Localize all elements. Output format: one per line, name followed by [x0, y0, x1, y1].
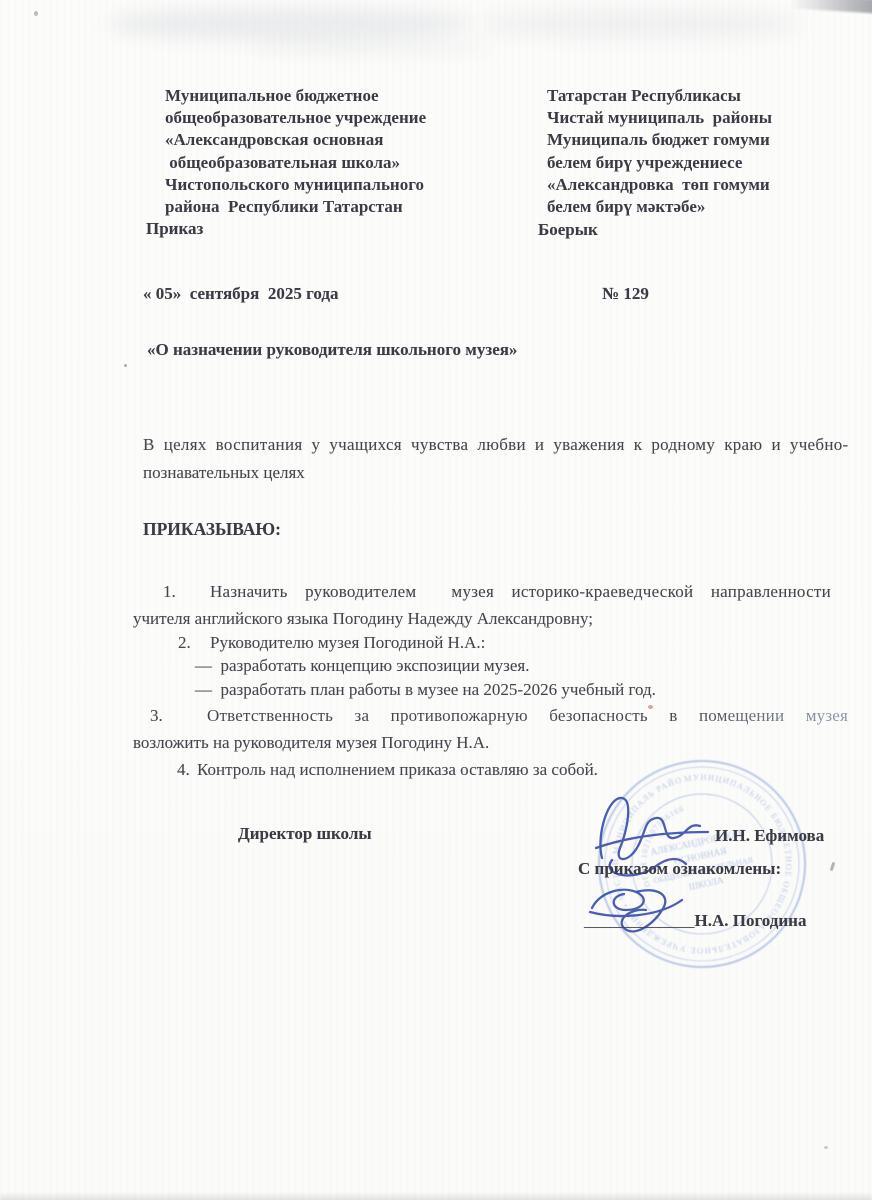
- item-text: Ответственность за противопожарную безоп…: [207, 705, 848, 727]
- bleedthrough-ghost: [480, 10, 800, 38]
- item-text-continuation: возложить на руководителя музея Погодину…: [133, 732, 489, 754]
- org-line: белем бирү учреждениесе: [547, 152, 772, 174]
- scanned-order-document: Муниципальное бюджетное общеобразователь…: [0, 0, 872, 1200]
- date-line: « 05» сентября 2025 года: [143, 283, 338, 305]
- doc-type-tatar: Боерык: [538, 219, 598, 241]
- director-name: И.Н. Ефимова: [715, 825, 824, 847]
- acknowledgement-line: _____________Н.А. Погодина: [567, 888, 806, 954]
- org-line: «Александровская основная: [165, 129, 426, 151]
- item-text: Руководителю музея Погодиной Н.А.:: [210, 632, 485, 654]
- item-number: 2.: [178, 632, 191, 654]
- director-label: Директор школы: [238, 823, 372, 845]
- org-name-russian: Муниципальное бюджетное общеобразователь…: [165, 85, 426, 218]
- preamble-line: В целях воспитания у учащихся чувства лю…: [143, 434, 849, 456]
- org-line: Чистай муниципаль районы: [547, 107, 772, 129]
- bleedthrough-ghost: [110, 8, 470, 40]
- signature-underline: _____________: [584, 911, 695, 930]
- org-line: Чистопольского муниципального: [165, 174, 426, 196]
- org-line: общеобразовательная школа»: [165, 152, 426, 174]
- org-line: Муниципальное бюджетное: [165, 85, 426, 107]
- org-line: Муниципаль бюджет гомуми: [547, 129, 772, 151]
- item-text-continuation: учителя английского языка Погодину Надеж…: [133, 608, 593, 630]
- item-number: 1.: [163, 581, 176, 603]
- sub-item-dash: — разработать концепцию экспозиции музея…: [195, 655, 530, 677]
- acknowledgement-label: С приказом ознакомлены:: [578, 858, 781, 880]
- preamble-line: познавательных целях: [143, 462, 305, 484]
- item-text: Назначить руководителем музея историко-к…: [210, 581, 831, 603]
- item-number: 4.: [177, 759, 190, 781]
- scan-speck: [824, 1146, 828, 1149]
- org-line: белем бирү мәктәбе»: [547, 196, 772, 218]
- order-word: ПРИКАЗЫВАЮ:: [143, 518, 281, 540]
- scan-speck: [34, 11, 38, 16]
- scan-speck: [648, 705, 653, 709]
- doc-type-russian: Приказ: [146, 218, 203, 240]
- sub-item-dash: — разработать план работы в музее на 202…: [195, 679, 656, 701]
- org-line: района Республики Татарстан: [165, 196, 426, 218]
- org-name-tatar: Татарстан Республикасы Чистай муниципаль…: [547, 85, 772, 218]
- item-text: Контроль над исполнением приказа оставля…: [197, 759, 598, 781]
- scan-edge-streak: [790, 0, 872, 14]
- item-number: 3.: [150, 705, 163, 727]
- order-title: «О назначении руководителя школьного муз…: [147, 339, 517, 361]
- acknowledger-name: Н.А. Погодина: [695, 911, 807, 930]
- org-line: Татарстан Республикасы: [547, 85, 772, 107]
- bleedthrough-ghost: [250, 40, 490, 56]
- scan-speck: [124, 364, 127, 367]
- order-number: № 129: [602, 283, 649, 305]
- org-line: «Александровка төп гомуми: [547, 174, 772, 196]
- org-line: общеобразовательное учреждение: [165, 107, 426, 129]
- scan-bottom-edge: [0, 1192, 872, 1200]
